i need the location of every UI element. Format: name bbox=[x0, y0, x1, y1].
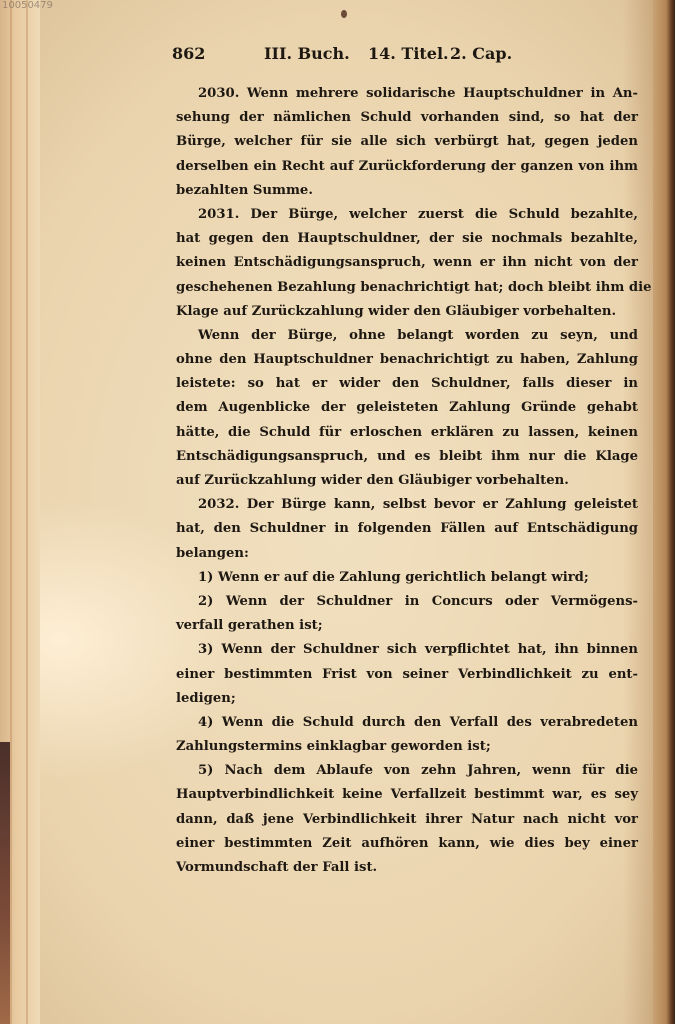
list-item-line: 2) Wenn der Schuldner in Concurs oder Ve… bbox=[176, 590, 638, 614]
text-line: bezahlten Summe. bbox=[176, 179, 638, 203]
list-item-line: dann, daß jene Verbindlichkeit ihrer Nat… bbox=[176, 808, 638, 832]
text-line: 2032. Der Bürge kann, selbst bevor er Za… bbox=[176, 493, 638, 517]
list-item-line: ledigen; bbox=[176, 687, 638, 711]
body-text: 2030. Wenn mehrere solidarische Hauptsch… bbox=[176, 82, 638, 880]
text-line: derselben ein Recht auf Zurückforderung … bbox=[176, 155, 638, 179]
text-line: Bürge, welcher für sie alle sich verbürg… bbox=[176, 130, 638, 154]
text-line: 2031. Der Bürge, welcher zuerst die Schu… bbox=[176, 203, 638, 227]
text-line: geschehenen Bezahlung benachrichtigt hat… bbox=[176, 276, 638, 300]
running-header: 862 III. Buch. 14. Titel. 2. Cap. bbox=[172, 44, 642, 68]
text-line: sehung der nämlichen Schuld vorhanden si… bbox=[176, 106, 638, 130]
list-item-line: 4) Wenn die Schuld durch den Verfall des… bbox=[176, 711, 638, 735]
text-line: Wenn der Bürge, ohne belangt worden zu s… bbox=[176, 324, 638, 348]
scan-id-label: 10050479 bbox=[2, 0, 53, 11]
list-item-line: einer bestimmten Zeit aufhören kann, wie… bbox=[176, 832, 638, 856]
list-item-line: verfall gerathen ist; bbox=[176, 614, 638, 638]
list-item-line: 3) Wenn der Schuldner sich verpflichtet … bbox=[176, 638, 638, 662]
text-line: hat gegen den Hauptschuldner, der sie no… bbox=[176, 227, 638, 251]
text-line: 2030. Wenn mehrere solidarische Hauptsch… bbox=[176, 82, 638, 106]
text-line: leistete: so hat er wider den Schuldner,… bbox=[176, 372, 638, 396]
header-title: 14. Titel. bbox=[368, 44, 449, 63]
binding-shadow bbox=[0, 742, 10, 1024]
edge-line bbox=[26, 0, 28, 1024]
list-item-line: einer bestimmten Frist von seiner Verbin… bbox=[176, 663, 638, 687]
ink-spot bbox=[341, 10, 347, 18]
text-line: ohne den Hauptschuldner benachrichtigt z… bbox=[176, 348, 638, 372]
text-line: Klage auf Zurückzahlung wider den Gläubi… bbox=[176, 300, 638, 324]
list-item-line: Zahlungstermins einklagbar geworden ist; bbox=[176, 735, 638, 759]
text-line: auf Zurückzahlung wider den Gläubiger vo… bbox=[176, 469, 638, 493]
page-right-edge bbox=[653, 0, 675, 1024]
text-line: belangen: bbox=[176, 542, 638, 566]
text-line: Entschädigungsanspruch, und es bleibt ih… bbox=[176, 445, 638, 469]
page-number: 862 bbox=[172, 44, 205, 63]
text-line: keinen Entschädigungsanspruch, wenn er i… bbox=[176, 251, 638, 275]
header-chapter: 2. Cap. bbox=[450, 44, 512, 63]
header-book: III. Buch. bbox=[264, 44, 350, 63]
text-line: hat, den Schuldner in folgenden Fällen a… bbox=[176, 517, 638, 541]
list-item-line: Hauptverbindlichkeit keine Verfallzeit b… bbox=[176, 783, 638, 807]
text-line: hätte, die Schuld für erloschen erklären… bbox=[176, 421, 638, 445]
list-item-line: 1) Wenn er auf die Zahlung gerichtlich b… bbox=[176, 566, 638, 590]
list-item-line: 5) Nach dem Ablaufe von zehn Jahren, wen… bbox=[176, 759, 638, 783]
list-item-line: Vormundschaft der Fall ist. bbox=[176, 856, 638, 880]
scanned-book-page: 10050479 862 III. Buch. 14. Titel. 2. Ca… bbox=[0, 0, 675, 1024]
text-line: dem Augenblicke der geleisteten Zahlung … bbox=[176, 396, 638, 420]
edge-line bbox=[10, 0, 12, 1024]
